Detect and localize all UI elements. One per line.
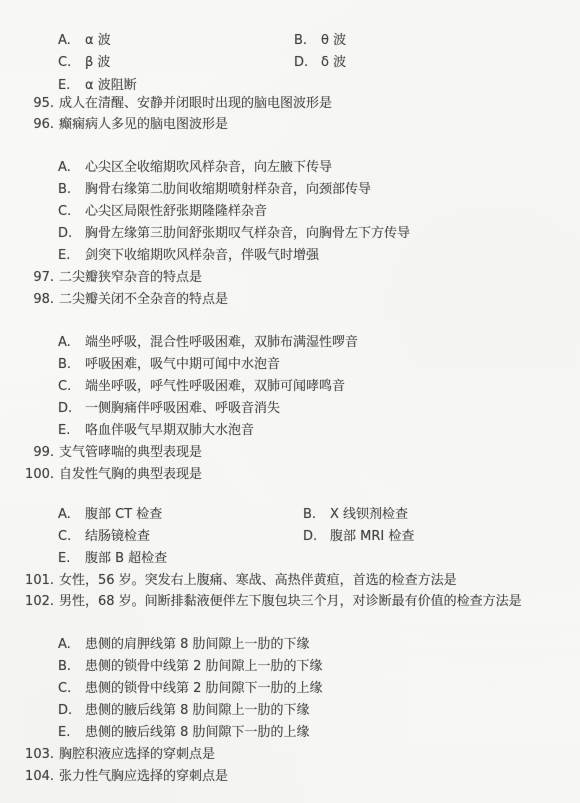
option-group-5-e: E.患侧的腋后线第 8 肋间隙下一肋的上缘 [0, 723, 580, 742]
option-group-3-a: A.端坐呼吸，混合性呼吸困难，双肺布满湿性啰音 [0, 333, 580, 352]
option-label: C. [58, 53, 85, 72]
option-text: 端坐呼吸，呼气性呼吸困难，双肺可闻哮鸣音 [85, 379, 345, 394]
option-label: C. [58, 377, 85, 396]
question-99: 99. 支气管哮喘的典型表现是 [0, 443, 580, 462]
question-103: 103. 胸腔积液应选择的穿刺点是 [0, 745, 580, 764]
option-c: C.结肠镜检查 [58, 527, 150, 546]
option-text: 患侧的锁骨中线第 2 肋间隙下一肋的上缘 [85, 681, 323, 696]
option-b: B.患侧的锁骨中线第 2 肋间隙上一肋的下缘 [58, 659, 323, 674]
option-label: C. [58, 202, 85, 221]
option-b: B.呼吸困难，吸气中期可闻中水泡音 [58, 357, 280, 372]
option-group-2-d: D.胸骨左缘第三肋间舒张期叹气样杂音，向胸骨左下方传导 [0, 224, 580, 243]
question-text: 男性，68 岁。间断排黏液便伴左下腹包块三个月，对诊断最有价值的检查方法是 [59, 592, 522, 611]
question-text: 自发性气胸的典型表现是 [59, 465, 202, 484]
option-e: E.腹部 B 超检查 [58, 549, 167, 568]
question-number: 101. [20, 571, 54, 590]
option-text: 咯血伴吸气早期双肺大水泡音 [85, 423, 254, 438]
option-group-3-d: D.一侧胸痛伴呼吸困难、呼吸音消失 [0, 399, 580, 418]
option-group-4-row-3: E.腹部 B 超检查 [0, 549, 580, 568]
option-text: 剑突下收缩期吹风样杂音，伴吸气时增强 [85, 248, 319, 263]
question-100: 100. 自发性气胸的典型表现是 [0, 465, 580, 484]
option-group-5-d: D.患侧的腋后线第 8 肋间隙上一肋的下缘 [0, 701, 580, 720]
option-group-2-e: E.剑突下收缩期吹风样杂音，伴吸气时增强 [0, 246, 580, 265]
option-text: 一侧胸痛伴呼吸困难、呼吸音消失 [85, 401, 280, 416]
option-label: A. [58, 333, 85, 352]
option-label: B. [294, 31, 321, 50]
question-102: 102. 男性，68 岁。间断排黏液便伴左下腹包块三个月，对诊断最有价值的检查方… [0, 592, 580, 611]
question-number: 102. [20, 592, 54, 611]
option-label: E. [58, 76, 85, 95]
option-a: A.端坐呼吸，混合性呼吸困难，双肺布满湿性啰音 [58, 335, 358, 350]
option-b: B.胸骨右缘第二肋间收缩期喷射样杂音，向颈部传导 [58, 182, 371, 197]
option-group-5-b: B.患侧的锁骨中线第 2 肋间隙上一肋的下缘 [0, 657, 580, 676]
option-text: 患侧的肩胛线第 8 肋间隙上一肋的下缘 [85, 637, 310, 652]
option-text: 患侧的腋后线第 8 肋间隙下一肋的上缘 [85, 725, 310, 740]
option-group-1-row-1: A.α 波 B.θ 波 [0, 31, 580, 50]
question-number: 100. [20, 465, 54, 484]
option-a: A.腹部 CT 检查 [58, 505, 162, 524]
option-text: 胸骨右缘第二肋间收缩期喷射样杂音，向颈部传导 [85, 182, 371, 197]
option-e: E.咯血伴吸气早期双肺大水泡音 [58, 423, 254, 438]
option-e: E.剑突下收缩期吹风样杂音，伴吸气时增强 [58, 248, 319, 263]
question-104: 104. 张力性气胸应选择的穿刺点是 [0, 767, 580, 786]
option-text: 心尖区全收缩期吹风样杂音，向左腋下传导 [85, 160, 332, 175]
question-text: 支气管哮喘的典型表现是 [59, 443, 202, 462]
option-group-5-c: C.患侧的锁骨中线第 2 肋间隙下一肋的上缘 [0, 679, 580, 698]
option-e: E.患侧的腋后线第 8 肋间隙下一肋的上缘 [58, 725, 310, 740]
option-text: 患侧的腋后线第 8 肋间隙上一肋的下缘 [85, 703, 310, 718]
option-text: 端坐呼吸，混合性呼吸困难，双肺布满湿性啰音 [85, 335, 358, 350]
question-text: 癫痫病人多见的脑电图波形是 [59, 115, 228, 134]
option-group-1-row-3: E.α 波阻断 [0, 76, 580, 95]
option-label: A. [58, 31, 85, 50]
option-label: B. [58, 657, 85, 676]
option-label: D. [294, 53, 321, 72]
option-text: δ 波 [321, 55, 346, 70]
option-group-2-a: A.心尖区全收缩期吹风样杂音，向左腋下传导 [0, 158, 580, 177]
option-group-2-c: C.心尖区局限性舒张期隆隆样杂音 [0, 202, 580, 221]
option-text: 胸骨左缘第三肋间舒张期叹气样杂音，向胸骨左下方传导 [85, 226, 410, 241]
option-b: B.X 线钡剂检查 [303, 505, 408, 524]
question-101: 101. 女性，56 岁。突发右上腹痛、寒战、高热伴黄疸，首选的检查方法是 [0, 571, 580, 590]
option-a: A.患侧的肩胛线第 8 肋间隙上一肋的下缘 [58, 637, 310, 652]
option-label: E. [58, 246, 85, 265]
option-text: 心尖区局限性舒张期隆隆样杂音 [85, 204, 267, 219]
option-d: D.腹部 MRI 检查 [303, 527, 414, 546]
question-97: 97. 二尖瓣狭窄杂音的特点是 [0, 268, 580, 287]
question-number: 99. [20, 443, 54, 462]
option-text: β 波 [85, 55, 110, 70]
question-text: 二尖瓣关闭不全杂音的特点是 [59, 290, 228, 309]
option-label: B. [58, 180, 85, 199]
option-text: 腹部 CT 检查 [85, 507, 162, 522]
option-label: D. [58, 399, 85, 418]
option-a: A.α 波 [58, 31, 111, 50]
option-c: C.患侧的锁骨中线第 2 肋间隙下一肋的上缘 [58, 681, 323, 696]
option-label: C. [58, 679, 85, 698]
option-c: C.端坐呼吸，呼气性呼吸困难，双肺可闻哮鸣音 [58, 379, 345, 394]
question-text: 女性，56 岁。突发右上腹痛、寒战、高热伴黄疸，首选的检查方法是 [59, 571, 457, 590]
option-group-2-b: B.胸骨右缘第二肋间收缩期喷射样杂音，向颈部传导 [0, 180, 580, 199]
option-text: α 波 [85, 33, 111, 48]
option-d: D.δ 波 [294, 53, 346, 72]
option-d: D.胸骨左缘第三肋间舒张期叹气样杂音，向胸骨左下方传导 [58, 226, 410, 241]
option-group-3-c: C.端坐呼吸，呼气性呼吸困难，双肺可闻哮鸣音 [0, 377, 580, 396]
option-group-5-a: A.患侧的肩胛线第 8 肋间隙上一肋的下缘 [0, 635, 580, 654]
option-c: C.心尖区局限性舒张期隆隆样杂音 [58, 204, 267, 219]
option-text: 结肠镜检查 [85, 529, 150, 544]
question-text: 二尖瓣狭窄杂音的特点是 [59, 268, 202, 287]
option-label: A. [58, 158, 85, 177]
option-a: A.心尖区全收缩期吹风样杂音，向左腋下传导 [58, 160, 332, 175]
question-text: 成人在清醒、安静并闭眼时出现的脑电图波形是 [59, 94, 332, 113]
option-label: D. [58, 224, 85, 243]
option-text: 腹部 B 超检查 [85, 551, 167, 566]
question-number: 95. [20, 94, 54, 113]
option-label: B. [58, 355, 85, 374]
question-number: 96. [20, 115, 54, 134]
option-text: 呼吸困难，吸气中期可闻中水泡音 [85, 357, 280, 372]
option-text: α 波阻断 [85, 78, 137, 93]
option-label: A. [58, 635, 85, 654]
option-label: E. [58, 723, 85, 742]
option-label: C. [58, 527, 85, 546]
question-96: 96. 癫痫病人多见的脑电图波形是 [0, 115, 580, 134]
option-c: C.β 波 [58, 53, 110, 72]
question-number: 104. [20, 767, 54, 786]
option-label: A. [58, 505, 85, 524]
option-label: D. [58, 701, 85, 720]
question-98: 98. 二尖瓣关闭不全杂音的特点是 [0, 290, 580, 309]
option-text: 患侧的锁骨中线第 2 肋间隙上一肋的下缘 [85, 659, 323, 674]
option-d: D.一侧胸痛伴呼吸困难、呼吸音消失 [58, 401, 280, 416]
option-label: B. [303, 505, 330, 524]
option-text: X 线钡剂检查 [330, 507, 408, 522]
option-group-3-b: B.呼吸困难，吸气中期可闻中水泡音 [0, 355, 580, 374]
question-number: 103. [20, 745, 54, 764]
question-number: 97. [20, 268, 54, 287]
option-group-1-row-2: C.β 波 D.δ 波 [0, 53, 580, 72]
option-label: E. [58, 421, 85, 440]
question-95: 95. 成人在清醒、安静并闭眼时出现的脑电图波形是 [0, 94, 580, 113]
question-text: 张力性气胸应选择的穿刺点是 [59, 767, 228, 786]
option-group-4-row-2: C.结肠镜检查 D.腹部 MRI 检查 [0, 527, 580, 546]
option-text: 腹部 MRI 检查 [330, 529, 414, 544]
scanned-exam-page: A.α 波 B.θ 波 C.β 波 D.δ 波 E.α 波阻断 95. 成人在清… [0, 0, 580, 803]
option-b: B.θ 波 [294, 31, 346, 50]
question-number: 98. [20, 290, 54, 309]
option-label: E. [58, 549, 85, 568]
option-text: θ 波 [321, 33, 346, 48]
option-e: E.α 波阻断 [58, 76, 137, 95]
question-text: 胸腔积液应选择的穿刺点是 [59, 745, 215, 764]
option-label: D. [303, 527, 330, 546]
option-group-4-row-1: A.腹部 CT 检查 B.X 线钡剂检查 [0, 505, 580, 524]
option-group-3-e: E.咯血伴吸气早期双肺大水泡音 [0, 421, 580, 440]
option-d: D.患侧的腋后线第 8 肋间隙上一肋的下缘 [58, 703, 310, 718]
